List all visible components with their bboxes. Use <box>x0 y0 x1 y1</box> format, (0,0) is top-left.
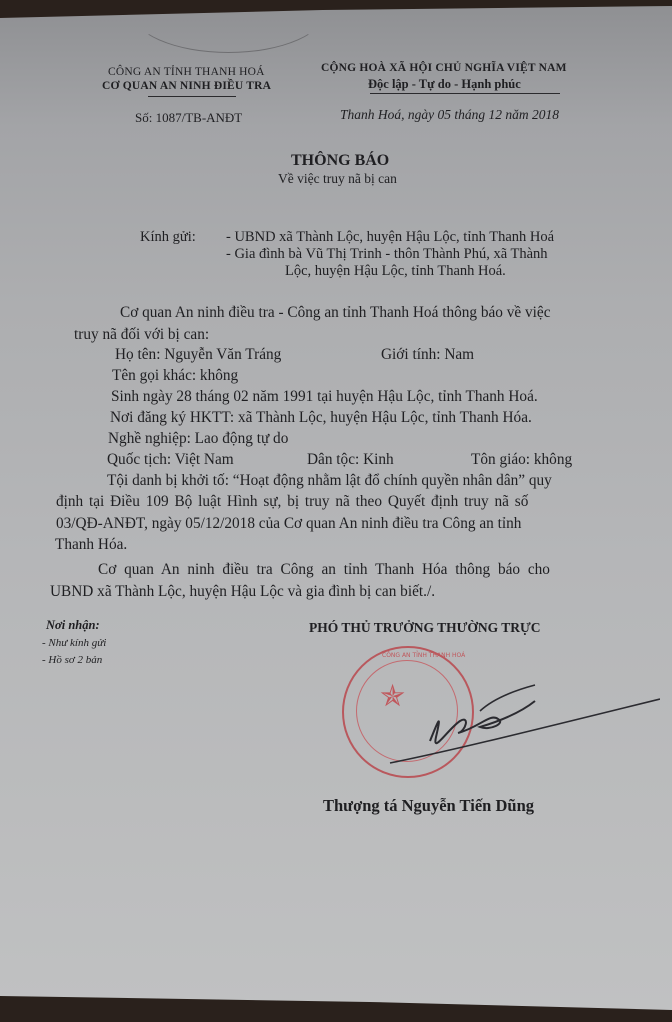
charge-line-3: 03/QĐ-ANĐT, ngày 05/12/2018 của Cơ quan … <box>56 515 521 533</box>
signer-name: Thượng tá Nguyễn Tiến Dũng <box>323 796 534 816</box>
suspect-birth: Sinh ngày 28 tháng 02 năm 1991 tại huyện… <box>111 388 538 406</box>
intro-line-1: Cơ quan An ninh điều tra - Công an tỉnh … <box>120 304 551 322</box>
recipients-label: Kính gửi: <box>140 229 196 246</box>
closing-line-2: UBND xã Thành Lộc, huyện Hậu Lộc và gia … <box>50 583 435 601</box>
intro-line-2: truy nã đối với bị can: <box>74 326 209 344</box>
suspect-ethnicity: Dân tộc: Kinh <box>307 451 394 469</box>
suspect-residence: Nơi đăng ký HKTT: xã Thành Lộc, huyện Hậ… <box>110 409 532 427</box>
charge-line-1: Tội danh bị khởi tố: “Hoạt động nhằm lật… <box>107 472 552 490</box>
suspect-alias: Tên gọi khác: không <box>112 367 238 385</box>
suspect-religion: Tôn giáo: không <box>471 451 572 469</box>
recipient-line-2: - Gia đình bà Vũ Thị Trinh - thôn Thành … <box>226 246 548 263</box>
nation-header: CỘNG HOÀ XÃ HỘI CHỦ NGHĨA VIỆT NAM <box>321 62 567 74</box>
suspect-gender: Giới tính: Nam <box>381 346 474 364</box>
ministry-name: CÔNG AN TỈNH THANH HOÁ <box>108 66 265 78</box>
distribution-item-2: - Hồ sơ 2 bản <box>42 654 102 666</box>
motto-underline <box>370 93 560 94</box>
recipient-line-1: - UBND xã Thành Lộc, huyện Hậu Lộc, tỉnh… <box>226 229 554 246</box>
recipient-line-3: Lộc, huyện Hậu Lộc, tỉnh Thanh Hoá. <box>285 263 506 280</box>
handwritten-signature <box>330 671 660 771</box>
agency-name: CƠ QUAN AN NINH ĐIỀU TRA <box>102 80 271 92</box>
charge-line-4: Thanh Hóa. <box>55 536 127 554</box>
suspect-name: Họ tên: Nguyễn Văn Tráng <box>115 346 281 364</box>
signer-position: PHÓ THỦ TRƯỞNG THƯỜNG TRỰC <box>309 620 541 636</box>
place-date: Thanh Hoá, ngày 05 tháng 12 năm 2018 <box>340 107 559 123</box>
suspect-nationality: Quốc tịch: Việt Nam <box>107 451 234 469</box>
charge-line-2: định tại Điều 109 Bộ luật Hình sự, bị tr… <box>56 493 528 511</box>
document-page: CÔNG AN TỈNH THANH HOÁ CƠ QUAN AN NINH Đ… <box>0 6 672 1010</box>
document-number: Số: 1087/TB-ANĐT <box>135 110 242 126</box>
document-subtitle: Về việc truy nã bị can <box>278 171 397 187</box>
national-motto: Độc lập - Tự do - Hạnh phúc <box>368 77 521 92</box>
seal-text: CÔNG AN TỈNH THANH HOÁ <box>382 652 465 659</box>
paper-fold-mark <box>130 0 327 53</box>
agency-underline <box>148 96 236 97</box>
closing-line-1: Cơ quan An ninh điều tra Công an tỉnh Th… <box>98 561 550 579</box>
document-title: THÔNG BÁO <box>291 152 389 170</box>
distribution-item-1: - Như kính gửi <box>42 637 106 649</box>
distribution-label: Nơi nhận: <box>46 618 100 633</box>
suspect-occupation: Nghề nghiệp: Lao động tự do <box>108 430 288 448</box>
